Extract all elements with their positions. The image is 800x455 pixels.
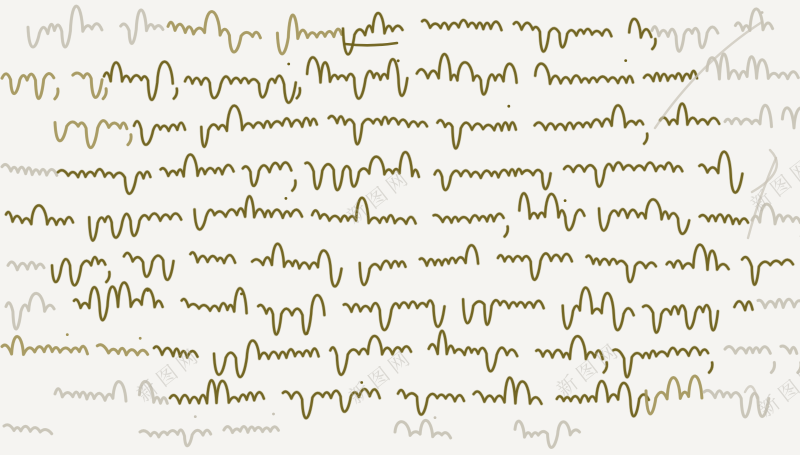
ink-dot xyxy=(397,59,400,62)
handwriting-line-3 xyxy=(55,104,800,149)
manuscript-page: 新图网新图网新图网新图网新图网新图网 xyxy=(0,0,800,455)
ink-dot xyxy=(306,332,309,335)
ink-dot xyxy=(146,289,149,292)
ink-dot xyxy=(624,59,627,62)
handwriting-line-5 xyxy=(6,193,800,240)
handwriting-line-7 xyxy=(6,283,800,335)
ink-dot xyxy=(139,337,142,340)
handwriting-line-6 xyxy=(8,244,793,287)
ink-dot xyxy=(287,63,290,66)
ink-dot xyxy=(285,197,288,200)
handwriting-line-10 xyxy=(4,413,580,448)
ink-dot xyxy=(434,416,437,419)
ink-dot xyxy=(761,11,764,14)
ink-dot xyxy=(507,105,510,108)
ink-dot xyxy=(240,293,243,296)
ink-dot xyxy=(272,413,275,416)
ink-dot xyxy=(194,415,197,418)
handwriting-svg xyxy=(0,0,800,455)
handwriting-line-9 xyxy=(55,376,769,418)
handwriting-line-1 xyxy=(28,6,773,54)
ink-dot xyxy=(360,381,363,384)
ink-dot xyxy=(564,199,567,202)
handwriting-line-8 xyxy=(2,331,800,377)
stray-flourish-stroke xyxy=(748,158,776,238)
ink-dot xyxy=(66,333,69,336)
handwriting-line-4 xyxy=(2,152,742,194)
